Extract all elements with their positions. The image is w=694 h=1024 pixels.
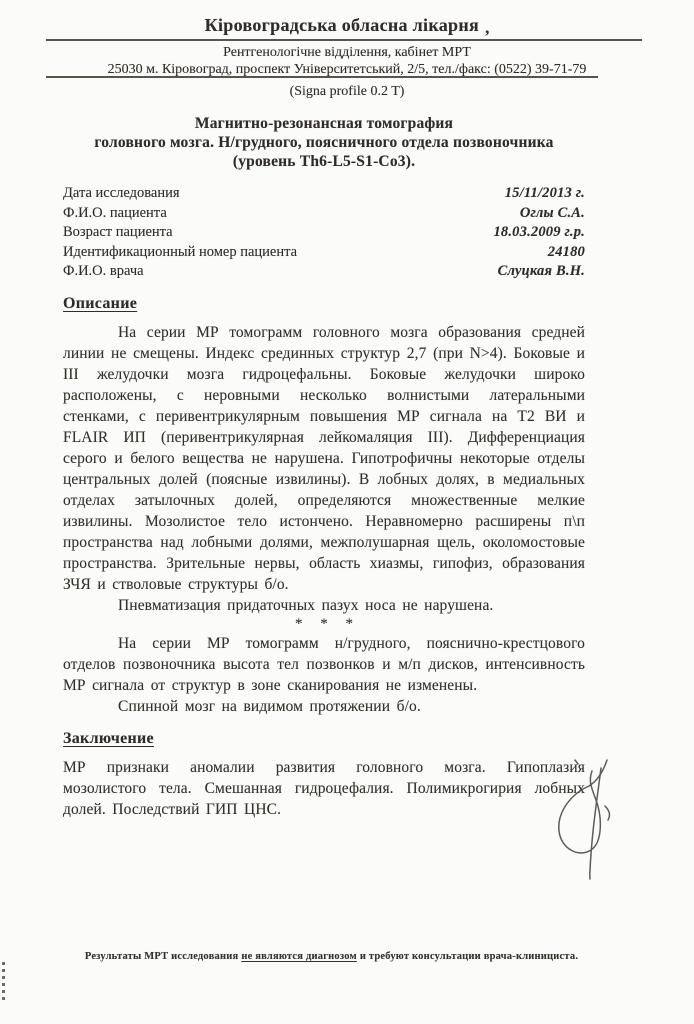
scan-edge-artifact	[2, 962, 5, 1002]
header-rule-top	[46, 39, 642, 41]
meta-row-patient-name: Ф.И.О. пациента Оглы С.А.	[63, 204, 585, 224]
patient-id-value: 24180	[548, 243, 585, 263]
conclusion-text: МР признаки аномалии развития головного …	[63, 757, 585, 820]
department-line: Рентгенологічне відділення, кабінет МРТ	[0, 44, 694, 61]
doctor-signature	[545, 752, 645, 882]
hospital-name: Кіровоградська обласна лікарня	[205, 15, 479, 35]
description-paragraph-sinuses: Пневматизация придаточных пазух носа не …	[63, 595, 585, 616]
meta-row-patient-id: Идентификационный номер пациента 24180	[63, 243, 585, 263]
patient-age-value: 18.03.2009 г.р.	[493, 223, 585, 243]
report-title-line3: (уровень Th6-L5-S1-Co3).	[63, 152, 585, 171]
asterisk-divider: * * *	[63, 616, 585, 633]
scanned-mri-report-page: Кіровоградська обласна лікарня, Рентгено…	[0, 0, 694, 1024]
doctor-name-value: Слуцкая В.Н.	[498, 262, 585, 282]
conclusion-heading: Заключение	[63, 730, 585, 748]
study-date-value: 15/11/2013 г.	[505, 184, 585, 204]
study-date-label: Дата исследования	[63, 184, 180, 204]
disclaimer-underlined-phrase: не являются диагнозом	[241, 951, 357, 962]
disclaimer-footnote: Результаты МРТ исследованияне являются д…	[63, 951, 603, 962]
report-title-line1: Магнитно-резонансная томография	[63, 114, 585, 133]
patient-id-label: Идентификационный номер пациента	[63, 243, 297, 263]
patient-name-value: Оглы С.А.	[520, 204, 585, 224]
hospital-header: Кіровоградська обласна лікарня, Рентгено…	[0, 0, 694, 100]
patient-name-label: Ф.И.О. пациента	[63, 204, 167, 224]
description-paragraph-brain: На серии МР томограмм головного мозга об…	[63, 322, 585, 595]
meta-row-study-date: Дата исследования 15/11/2013 г.	[63, 184, 585, 204]
scanner-model-line: (Signa profile 0.2 T)	[0, 83, 694, 100]
disclaimer-suffix: и требуют консультации врача-клинициста.	[360, 951, 578, 962]
patient-meta-block: Дата исследования 15/11/2013 г. Ф.И.О. п…	[63, 184, 585, 282]
description-heading: Описание	[63, 295, 585, 313]
description-section: Описание На серии МР томограмм головного…	[63, 295, 585, 717]
meta-row-doctor-name: Ф.И.О. врача Слуцкая В.Н.	[63, 262, 585, 282]
doctor-name-label: Ф.И.О. врача	[63, 262, 144, 282]
header-rule-bottom	[46, 76, 598, 78]
meta-row-patient-age: Возраст пациента 18.03.2009 г.р.	[63, 223, 585, 243]
report-body: Магнитно-резонансная томография головног…	[63, 114, 585, 820]
description-paragraph-spine: На серии МР томограмм н/грудного, поясни…	[63, 633, 585, 696]
patient-age-label: Возраст пациента	[63, 223, 173, 243]
scan-stray-mark: ,	[485, 18, 489, 37]
report-title-line2: головного мозга. Н/грудного, поясничного…	[63, 133, 585, 152]
conclusion-section: Заключение МР признаки аномалии развития…	[63, 730, 585, 820]
description-paragraph-spinal-cord: Спинной мозг на видимом протяжении б/о.	[63, 696, 585, 717]
disclaimer-prefix: Результаты МРТ исследования	[85, 951, 238, 962]
report-title: Магнитно-резонансная томография головног…	[63, 114, 585, 171]
